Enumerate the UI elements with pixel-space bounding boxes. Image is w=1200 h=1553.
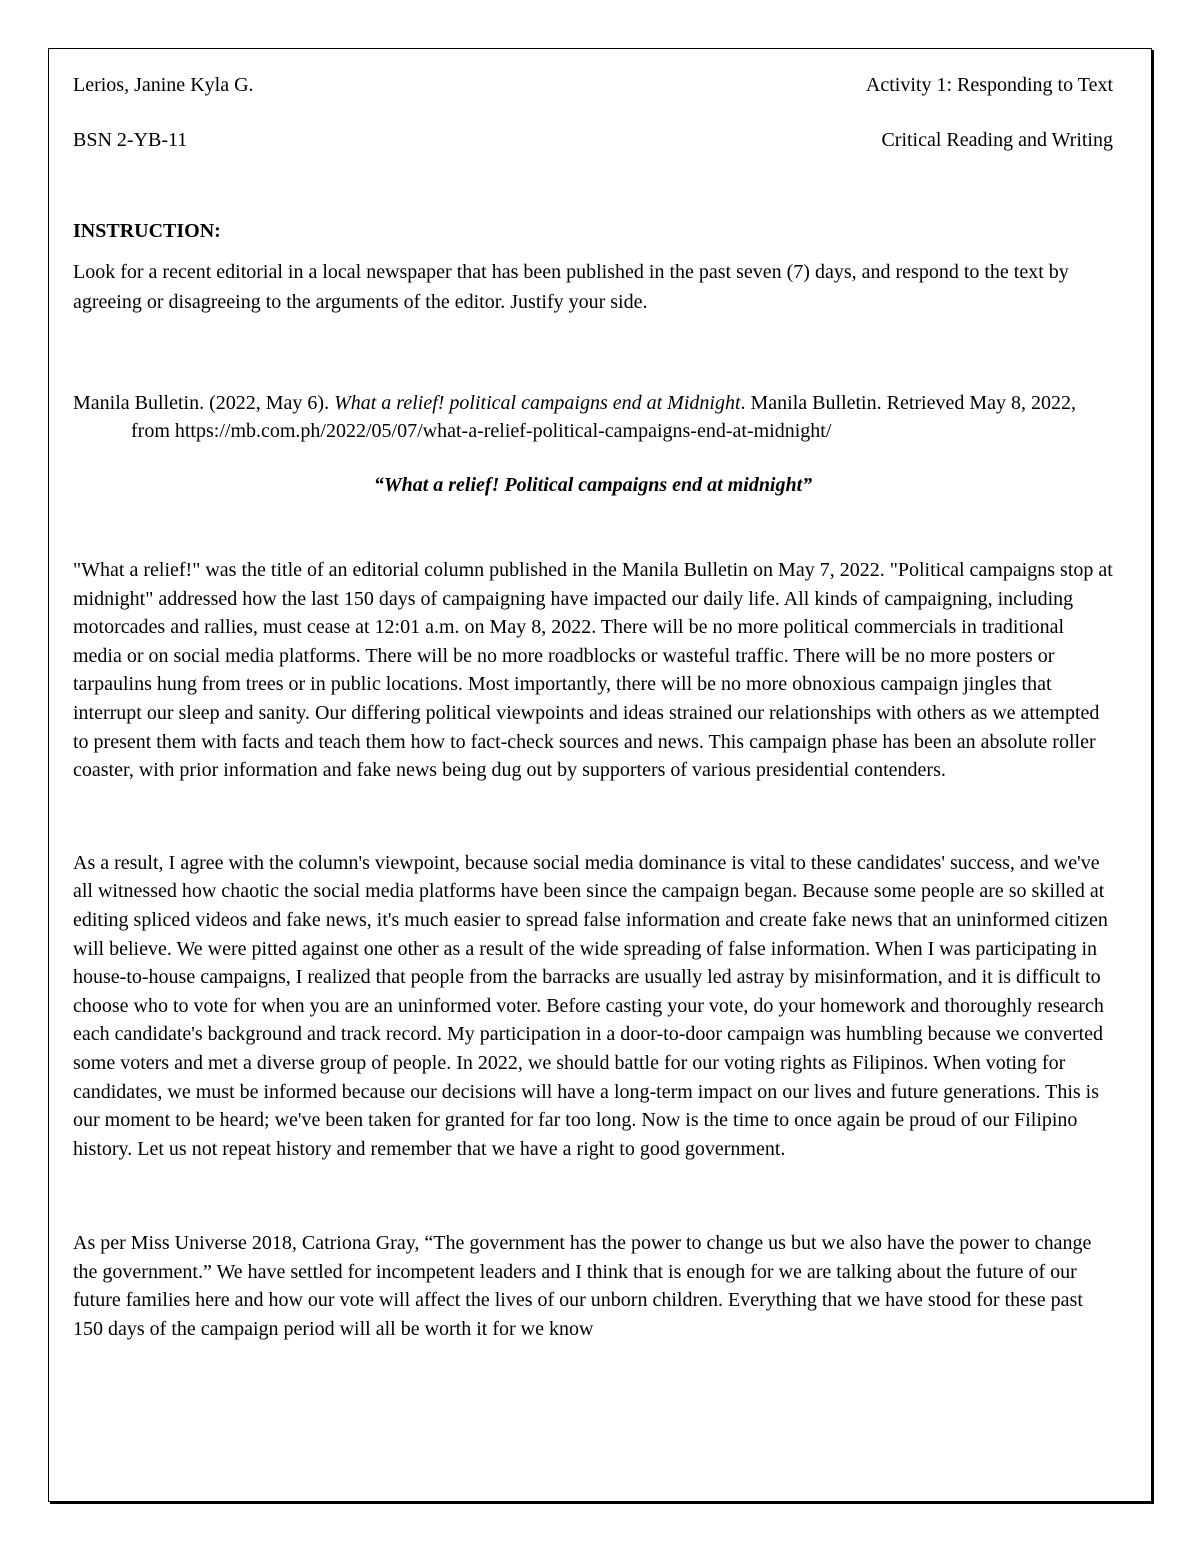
student-section: BSN 2-YB-11 [73,127,187,154]
document-page: Lerios, Janine Kyla G. Activity 1: Respo… [48,48,1152,1502]
course-name: Critical Reading and Writing [881,127,1113,154]
student-name: Lerios, Janine Kyla G. [73,72,254,99]
header-row-1: Lerios, Janine Kyla G. Activity 1: Respo… [73,72,1113,99]
citation-work-title: What a relief! political campaigns end a… [334,392,740,414]
body-paragraph-3: As per Miss Universe 2018, Catriona Gray… [73,1229,1113,1343]
citation-lead: Manila Bulletin. (2022, May 6). [73,392,334,414]
activity-title: Activity 1: Responding to Text [866,72,1113,99]
instruction-text: Look for a recent editorial in a local n… [73,257,1113,317]
article-title: “What a relief! Political campaigns end … [73,472,1113,499]
instruction-label: INSTRUCTION: [73,218,1113,245]
body-paragraph-2: As a result, I agree with the column's v… [73,849,1113,1164]
header-row-2: BSN 2-YB-11 Critical Reading and Writing [73,127,1113,154]
body-paragraph-1: "What a relief!" was the title of an edi… [73,556,1113,785]
apa-citation: Manila Bulletin. (2022, May 6). What a r… [73,389,1113,445]
